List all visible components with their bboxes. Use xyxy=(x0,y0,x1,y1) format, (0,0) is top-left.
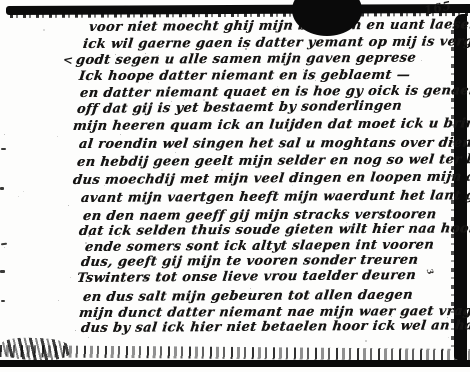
manuscript-line: Ick hoope datter niemant en is geblaemt … xyxy=(78,68,411,84)
paper-speck xyxy=(391,316,392,317)
paper-speck xyxy=(58,300,59,301)
paper-speck xyxy=(293,40,294,41)
paper-edge-mark xyxy=(0,270,5,273)
paper-speck xyxy=(448,337,449,338)
paper-speck xyxy=(119,236,120,237)
manuscript-line: avant mijn vaertgen heeft mijn waerdunt … xyxy=(80,188,470,206)
paper-speck xyxy=(232,179,233,180)
paper-speck xyxy=(258,166,260,168)
paper-speck xyxy=(221,169,223,171)
paper-speck xyxy=(144,278,146,280)
paper-speck xyxy=(203,99,205,101)
paper-speck xyxy=(250,288,251,289)
paper-speck xyxy=(380,259,381,260)
manuscript-line: en datter niemant quaet en is hoe gy oic… xyxy=(79,83,470,101)
manuscript-scan-page: 165 voor niet moecht ghij mijn boecken e… xyxy=(0,0,470,372)
paper-speck xyxy=(315,80,316,81)
manuscript-line: off dat gij is yet bestaemt by sonderlin… xyxy=(76,99,403,117)
paper-speck xyxy=(171,101,172,102)
manuscript-line: Tswinters tot onse lieve vrou taelder de… xyxy=(76,268,417,286)
paper-speck xyxy=(175,152,176,153)
paper-speck xyxy=(75,330,76,331)
manuscript-line: dus by sal ick hier niet betaelen hoor i… xyxy=(80,318,470,336)
margin-mark: < xyxy=(62,52,74,67)
paper-speck xyxy=(151,102,152,103)
paper-speck xyxy=(245,48,247,50)
paper-speck xyxy=(365,340,367,342)
paper-speck xyxy=(447,317,448,318)
paper-speck xyxy=(88,337,89,338)
paper-edge-mark xyxy=(1,300,5,302)
paper-speck xyxy=(115,54,116,55)
scan-border-bottom-line xyxy=(0,360,470,367)
paper-speck xyxy=(346,222,347,223)
paper-speck xyxy=(68,205,69,206)
manuscript-line: dus moechdij met mijn veel dingen en loo… xyxy=(72,169,470,188)
paper-speck xyxy=(57,136,58,137)
paper-speck xyxy=(421,60,422,61)
paper-speck xyxy=(4,134,5,135)
paper-speck xyxy=(365,147,366,148)
paper-speck xyxy=(277,86,278,87)
paper-speck xyxy=(184,99,185,100)
side-note-scribble: 3 xyxy=(425,267,436,275)
scan-border-bottom-speckle xyxy=(0,345,470,361)
paper-speck xyxy=(239,60,241,62)
paper-speck xyxy=(85,242,87,244)
manuscript-line: dat ick selden thuis soude gieten wilt h… xyxy=(78,221,470,239)
paper-speck xyxy=(175,92,176,93)
paper-speck xyxy=(236,259,237,260)
manuscript-line: godt segen u alle samen mijn gaven gepre… xyxy=(75,51,417,68)
scan-corner-patch-bottom-left xyxy=(0,337,70,361)
paper-speck xyxy=(88,235,90,237)
paper-speck xyxy=(148,82,149,83)
paper-speck xyxy=(336,77,337,78)
paper-speck xyxy=(421,25,422,26)
manuscript-line: al roendin wel singen het sal u moghtans… xyxy=(78,136,470,152)
paper-speck xyxy=(43,29,45,31)
manuscript-line: mijn heeren quam ick an luijden dat moet… xyxy=(72,116,470,134)
paper-speck xyxy=(292,185,293,186)
paper-speck xyxy=(154,121,155,122)
paper-speck xyxy=(23,191,24,192)
paper-edge-mark xyxy=(0,187,4,190)
paper-speck xyxy=(104,185,105,186)
paper-speck xyxy=(120,134,121,135)
paper-speck xyxy=(70,277,71,278)
paper-speck xyxy=(158,55,159,56)
manuscript-line: en dus salt mijn gebeuren tot allen daeg… xyxy=(82,288,414,305)
paper-speck xyxy=(151,262,152,263)
manuscript-line: voor niet moecht ghij mijn boecken en ua… xyxy=(88,17,470,35)
paper-speck xyxy=(198,319,199,320)
paper-speck xyxy=(46,339,47,340)
paper-edge-mark xyxy=(1,243,7,246)
manuscript-line: dus, geeft gij mijn te vooren sonder tre… xyxy=(80,253,419,270)
manuscript-line: ick wil gaerne gaen is datter yemant op … xyxy=(82,34,470,52)
manuscript-line: en hebdij geen geelt mijn selder en nog … xyxy=(76,152,470,170)
paper-speck xyxy=(303,69,304,70)
paper-edge-mark xyxy=(1,148,6,150)
paper-speck xyxy=(145,53,146,54)
paper-speck xyxy=(4,247,5,248)
paper-speck xyxy=(303,310,304,311)
paper-speck xyxy=(18,196,19,197)
paper-speck xyxy=(202,95,203,96)
